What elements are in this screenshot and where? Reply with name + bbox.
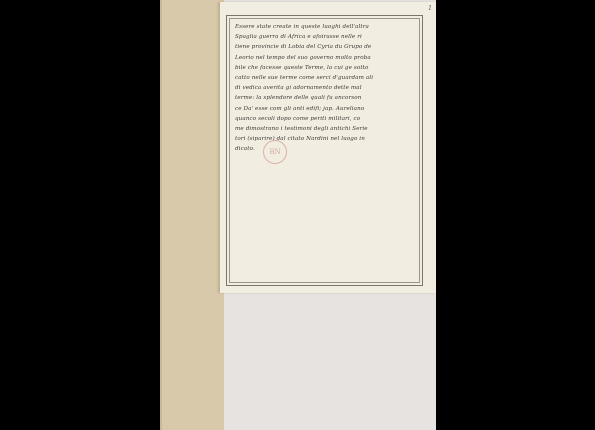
text-line: Essere state create in queste luoghi del… (235, 22, 417, 32)
text-line: Spaglia guerra di Africa e afoirasse nel… (235, 32, 417, 42)
text-line: tori (siparire) dal citato Nardini nel l… (235, 134, 417, 144)
text-line: Leorio nel tempo del suo governo molto p… (235, 53, 417, 63)
text-line: catto nelle sue terme come serci d'guard… (235, 73, 417, 83)
folio-number: 1 (428, 5, 432, 12)
text-line: me dimostrano i testimoni degli antichi … (235, 124, 417, 134)
manuscript-leaf: 1 Essere state create in queste luoghi d… (220, 2, 436, 293)
text-line: terme: la splendore delle quali fu ancor… (235, 93, 417, 103)
ruled-frame: Essere state create in queste luoghi del… (226, 15, 423, 286)
text-line: tiene provincie di Lobia del Cyria du Gr… (235, 42, 417, 52)
binding-strip (160, 0, 224, 430)
library-stamp-icon: BN (263, 140, 287, 164)
image-viewer: 1 Essere state create in queste luoghi d… (0, 0, 595, 430)
handwritten-text: Essere state create in queste luoghi del… (235, 22, 417, 154)
text-line: ce Da' esse com gli anti edifi; jap. Aur… (235, 104, 417, 114)
text-line: quanco secoli dopo come periti militari,… (235, 114, 417, 124)
text-line: bile che facesse queste Terme, la cui ge… (235, 63, 417, 73)
text-line: di vedica averita gi adornamento dette m… (235, 83, 417, 93)
